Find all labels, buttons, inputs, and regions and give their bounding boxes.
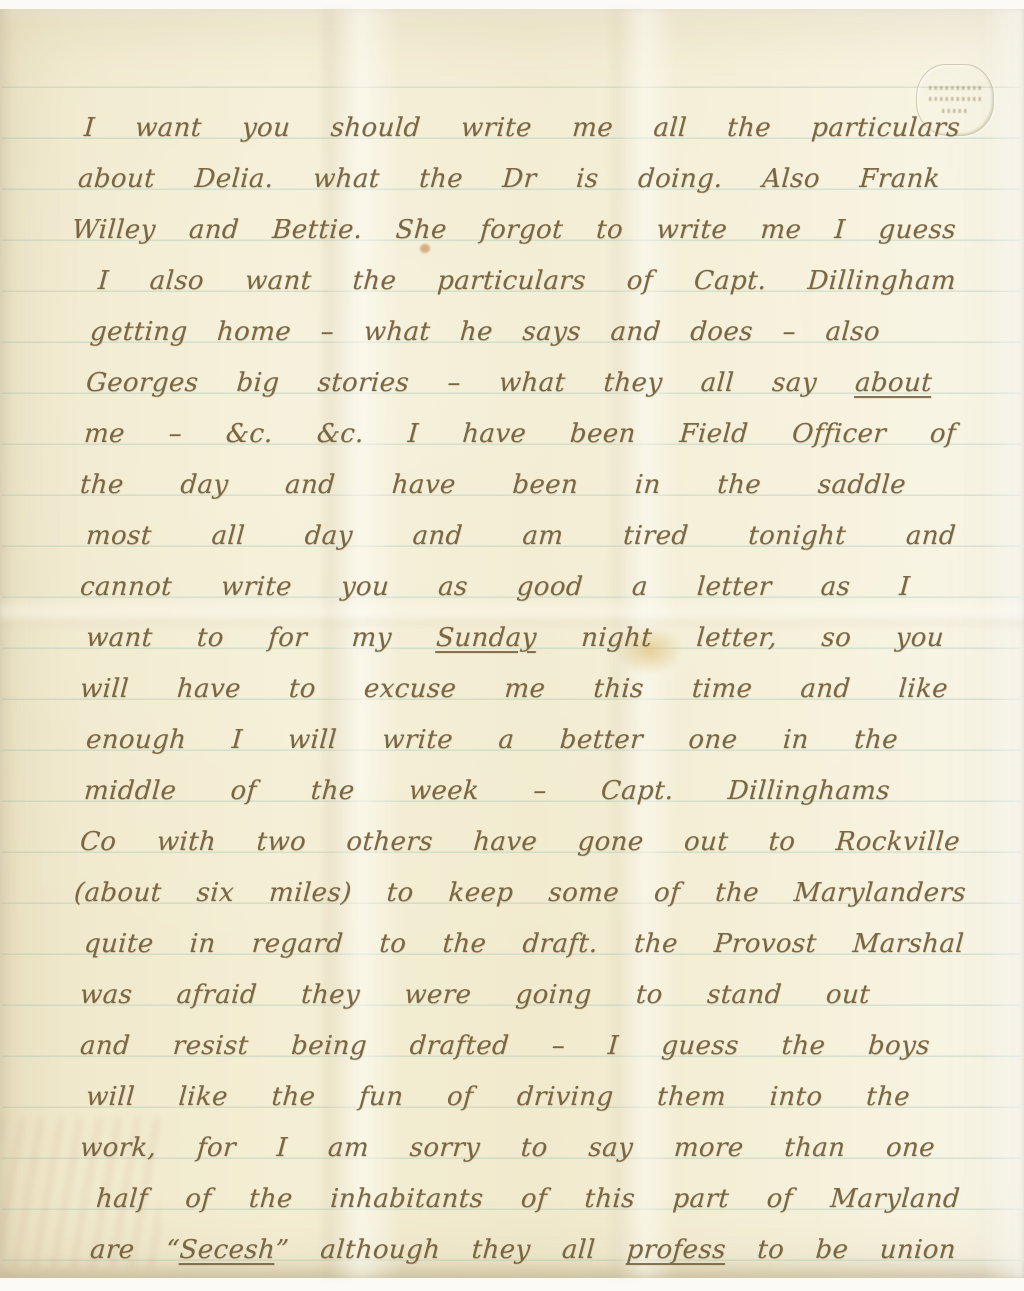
letter-paper-sheet — [0, 9, 1024, 1278]
